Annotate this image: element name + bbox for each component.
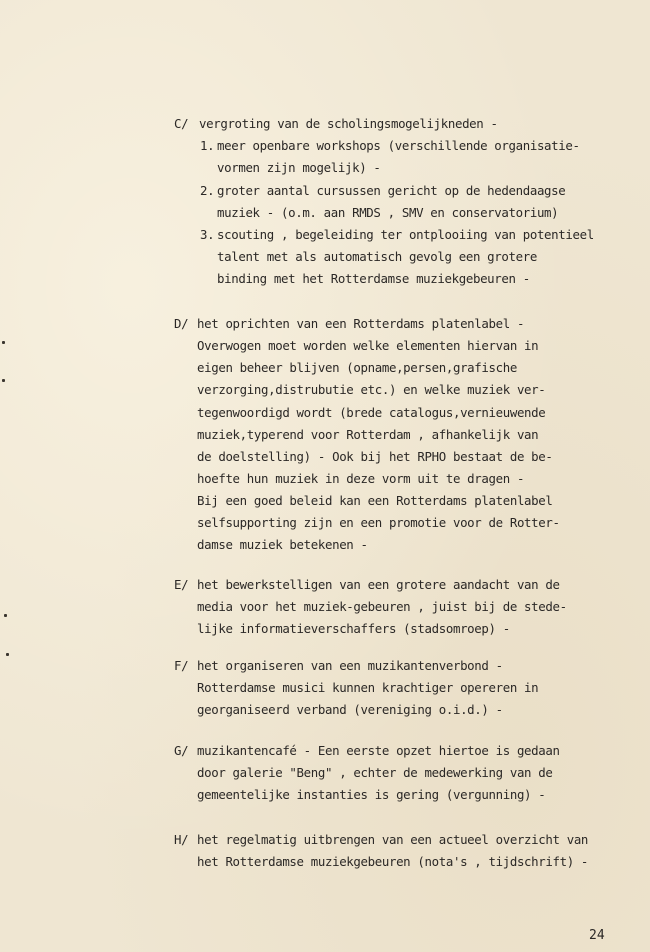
paper-speck — [6, 653, 9, 656]
paper-speck — [2, 341, 5, 344]
section-text: verzorging,distrubutie etc.) en welke mu… — [197, 382, 545, 398]
section-text: het Rotterdamse muziekgebeuren (nota's ,… — [197, 854, 588, 870]
item-number: 3. — [200, 227, 214, 243]
section-label: E/ — [174, 577, 188, 593]
section-text: het organiseren van een muzikantenverbon… — [197, 658, 503, 674]
document-page: C/ vergroting van de scholingsmogelijkne… — [0, 0, 650, 952]
section-text: het bewerkstelligen van een grotere aand… — [197, 577, 560, 593]
item-text: scouting , begeleiding ter ontplooiing v… — [217, 227, 594, 243]
page-number: 24 — [589, 928, 605, 943]
section-text: tegenwoordigd wordt (brede catalogus,ver… — [197, 405, 545, 421]
section-text: georganiseerd verband (vereniging o.i.d.… — [197, 702, 503, 718]
item-text: vormen zijn mogelijk) - — [217, 160, 381, 176]
section-text: lijke informatieverschaffers (stadsomroe… — [197, 621, 510, 637]
item-text: meer openbare workshops (verschillende o… — [217, 138, 580, 154]
section-text: media voor het muziek-gebeuren , juist b… — [197, 599, 567, 615]
section-label: H/ — [174, 832, 188, 848]
item-text: muziek - (o.m. aan RMDS , SMV en conserv… — [217, 205, 558, 221]
paper-speck — [4, 614, 7, 617]
section-text: het regelmatig uitbrengen van een actuee… — [197, 832, 588, 848]
section-heading: vergroting van de scholingsmogelijkneden… — [199, 116, 498, 132]
section-text: Rotterdamse musici kunnen krachtiger ope… — [197, 680, 538, 696]
item-number: 1. — [200, 138, 214, 154]
section-text: eigen beheer blijven (opname,persen,graf… — [197, 360, 517, 376]
item-number: 2. — [200, 183, 214, 199]
section-text: muzikantencafé - Een eerste opzet hierto… — [197, 743, 560, 759]
section-text: het oprichten van een Rotterdams platenl… — [197, 316, 524, 332]
section-label: G/ — [174, 743, 188, 759]
section-label: D/ — [174, 316, 188, 332]
section-text: gemeentelijke instanties is gering (verg… — [197, 787, 545, 803]
item-text: groter aantal cursussen gericht op de he… — [217, 183, 565, 199]
section-label: F/ — [174, 658, 188, 674]
section-text: Bij een goed beleid kan een Rotterdams p… — [197, 493, 553, 509]
item-text: binding met het Rotterdamse muziekgebeur… — [217, 271, 530, 287]
item-text: talent met als automatisch gevolg een gr… — [217, 249, 537, 265]
section-text: selfsupporting zijn en een promotie voor… — [197, 515, 560, 531]
paper-speck — [2, 379, 5, 382]
section-text: hoefte hun muziek in deze vorm uit te dr… — [197, 471, 524, 487]
section-text: de doelstelling) - Ook bij het RPHO best… — [197, 449, 553, 465]
section-text: door galerie "Beng" , echter de medewerk… — [197, 765, 553, 781]
section-text: Overwogen moet worden welke elementen hi… — [197, 338, 538, 354]
section-label: C/ — [174, 116, 188, 132]
section-text: damse muziek betekenen - — [197, 537, 368, 553]
section-text: muziek,typerend voor Rotterdam , afhanke… — [197, 427, 538, 443]
